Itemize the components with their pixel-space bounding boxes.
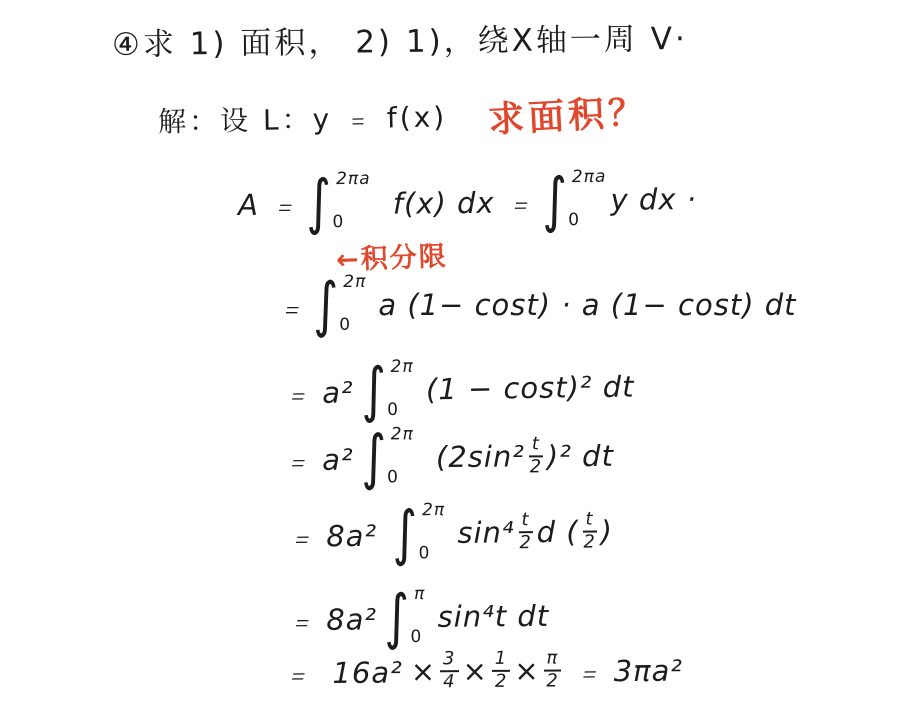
- integral-glyph: ∫: [313, 280, 339, 331]
- fraction-denominator: 2: [546, 671, 559, 691]
- equation-reduced-interval: ﹦ 8a² ∫ π 0 sin⁴t dt: [286, 583, 550, 651]
- heading-text: ④求 1) 面积， 2) 1)，绕X轴一周 V·: [112, 13, 688, 64]
- eq5-close: ): [600, 514, 613, 548]
- equation-a-squared-factored: ﹦ a² ∫ 2π 0 (1 − cost)² dt: [282, 354, 635, 425]
- integral-upper-limit: 2π: [422, 502, 445, 519]
- integral-upper-limit: 2π: [391, 426, 414, 443]
- integral-1: ∫ 2πa 0: [303, 169, 371, 236]
- red-question-text: 求面积？: [487, 84, 649, 143]
- integral-lower-limit: 0: [332, 214, 371, 231]
- integral-2: ∫ 2πa 0: [539, 167, 607, 234]
- eq4-close: )² dt: [547, 439, 614, 473]
- integral-lower-limit: 0: [387, 469, 414, 486]
- integral-glyph: ∫: [392, 508, 418, 559]
- fraction-t-over-2: t 2: [518, 511, 532, 553]
- eq4-lhs: ﹦ a²: [282, 437, 354, 478]
- integral-upper-limit: 2πa: [336, 171, 371, 188]
- red-integration-limit-annotation: ←积分限: [335, 234, 448, 277]
- integral-lower-limit: 0: [339, 317, 366, 334]
- eq5-lhs: ﹦ 8a²: [286, 513, 378, 555]
- equation-parametric-substitution: ﹦ ∫ 2π 0 a (1− cost) · a (1− cost) dt: [276, 272, 797, 338]
- handwritten-note-page: ④求 1) 面积， 2) 1)，绕X轴一周 V· 解：设 L：y ﹦ f(x) …: [0, 0, 910, 714]
- multiply-sign: ×: [411, 654, 437, 688]
- fraction-denominator: 2: [495, 672, 508, 692]
- fraction-1-over-2: 1 2: [492, 650, 511, 692]
- eq5-d-open: d (: [536, 515, 578, 549]
- integral-3: ∫ 2π 0: [310, 272, 366, 338]
- solution-intro-line: 解：设 L：y ﹦ f(x): [158, 95, 448, 140]
- integral-glyph: ∫: [542, 175, 568, 226]
- eq6-body: sin⁴t dt: [437, 599, 549, 634]
- red-question-annotation: 求面积？: [487, 84, 649, 143]
- fraction-denominator: 2: [583, 532, 596, 552]
- integral-glyph: ∫: [361, 432, 387, 483]
- fraction-denominator: 2: [530, 457, 543, 477]
- fraction-numerator: 3: [440, 650, 459, 672]
- eq6-lhs: ﹦ 8a²: [286, 597, 377, 639]
- equation-half-angle-identity: ﹦ a² ∫ 2π 0 (2sin² t 2 )² dt: [282, 423, 614, 491]
- integral-lower-limit: 0: [387, 402, 414, 419]
- fraction-t-over-2: t 2: [582, 511, 596, 553]
- equation-final-result: ﹦ 16a² × 3 4 × 1 2 × π 2 ﹦ 3πa²: [282, 649, 683, 694]
- fraction-denominator: 4: [443, 672, 456, 692]
- integral-lower-limit: 0: [418, 545, 445, 562]
- eq7-result: ﹦ 3πa²: [573, 649, 683, 691]
- integral-glyph: ∫: [361, 365, 388, 416]
- eq1-lhs: A ﹦: [238, 182, 299, 224]
- integral-upper-limit: π: [414, 586, 425, 603]
- integral-7: ∫ π 0: [381, 584, 426, 650]
- integral-glyph: ∫: [306, 177, 332, 228]
- integral-5: ∫ 2π 0: [357, 424, 414, 490]
- fraction-t-over-2: t 2: [529, 435, 543, 477]
- integral-6: ∫ 2π 0: [389, 500, 446, 567]
- eq2-body: a (1− cost) · a (1− cost) dt: [378, 288, 796, 322]
- eq2-lhs: ﹦: [276, 285, 306, 326]
- multiply-sign: ×: [514, 653, 540, 687]
- equation-area-definition: A ﹦ ∫ 2πa 0 f(x) dx ﹦ ∫ 2πa 0 y dx ·: [238, 166, 697, 236]
- left-arrow-icon-and-text: ←积分限: [335, 234, 448, 277]
- fraction-pi-over-2: π 2: [543, 649, 561, 691]
- eq7-lhs: ﹦ 16a²: [282, 651, 403, 693]
- fraction-denominator: 2: [519, 533, 532, 553]
- eq3-body: (1 − cost)² dt: [426, 370, 635, 407]
- fraction-3-over-4: 3 4: [440, 650, 459, 692]
- integral-upper-limit: 2π: [343, 274, 366, 291]
- fraction-numerator: t: [582, 511, 596, 533]
- integral-4: ∫ 2π 0: [357, 357, 414, 424]
- eq5-fn: sin⁴: [457, 515, 515, 550]
- solution-intro-text: 解：设 L：y ﹦ f(x): [158, 95, 448, 140]
- equation-sin4-substitution: ﹦ 8a² ∫ 2π 0 sin⁴ t 2 d ( t 2 ): [286, 498, 614, 567]
- integral-upper-limit: 2πa: [572, 169, 607, 186]
- eq1-mid: f(x) dx ﹦: [393, 180, 535, 222]
- integral-lower-limit: 0: [410, 629, 425, 646]
- multiply-sign: ×: [462, 654, 488, 688]
- fraction-numerator: π: [543, 649, 561, 671]
- eq3-lhs: ﹦ a²: [282, 370, 354, 412]
- eq1-rhs: y dx ·: [610, 182, 697, 217]
- eq4-open: (2sin²: [436, 439, 525, 474]
- integral-upper-limit: 2π: [390, 359, 413, 376]
- heading-line: ④求 1) 面积， 2) 1)，绕X轴一周 V·: [112, 13, 688, 64]
- fraction-numerator: t: [529, 435, 543, 457]
- integral-glyph: ∫: [384, 592, 410, 643]
- integral-lower-limit: 0: [568, 212, 607, 229]
- fraction-numerator: 1: [492, 650, 511, 672]
- fraction-numerator: t: [518, 511, 532, 533]
